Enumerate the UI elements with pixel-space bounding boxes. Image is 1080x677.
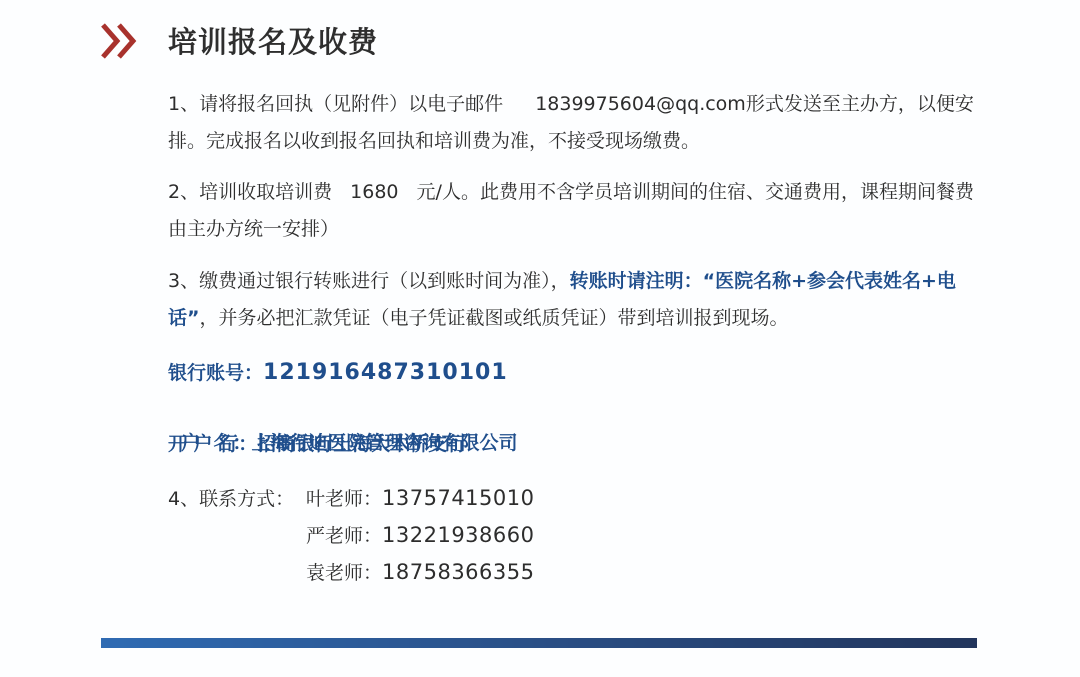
footer-divider-bar	[101, 638, 977, 648]
item-fee: 2、培训收取培训费 1680 元/人。此费用不含学员培训期间的住宿、交通费用，课…	[168, 174, 978, 248]
section-title: 培训报名及收费	[168, 22, 378, 62]
contact-row: 4、联系方式：叶老师：13757415010	[168, 480, 535, 517]
bank-account-row: 银行账号：121916487310101	[168, 355, 508, 391]
bank-branch-row: 开 户 行：招商银行上海大木桥支行	[168, 427, 466, 462]
bank-branch-label: 开 户 行：	[168, 433, 257, 455]
payment-text-a: 3、缴费通过银行转账进行（以到账时间为准），	[168, 270, 570, 292]
bank-account-number: 121916487310101	[263, 360, 508, 385]
bank-account-label: 银行账号：	[168, 362, 263, 384]
contact-name: 严老师：	[306, 525, 382, 547]
contact-phone[interactable]: 18758366355	[382, 560, 534, 584]
double-chevron-right-icon	[100, 22, 140, 60]
item-registration: 1、请将报名回执（见附件）以电子邮件 1839975604@qq.com形式发送…	[168, 86, 978, 160]
contact-row: 严老师：13221938660	[168, 517, 535, 554]
item-payment: 3、缴费通过银行转账进行（以到账时间为准），转账时请注明：“医院名称+参会代表姓…	[168, 263, 978, 337]
registration-email[interactable]: 1839975604@qq.com	[535, 93, 746, 115]
contact-row: 袁老师：18758366355	[168, 554, 535, 591]
payment-text-b: ，并务必把汇款凭证（电子凭证截图或纸质凭证）带到培训报到现场。	[200, 307, 789, 329]
fee-text-a: 2、培训收取培训费	[168, 181, 332, 203]
bank-branch-value: 招商银行上海大木桥支行	[257, 433, 466, 455]
contact-name: 袁老师：	[306, 562, 382, 584]
contact-phone[interactable]: 13757415010	[382, 486, 534, 510]
contact-label: 4、联系方式：	[168, 481, 306, 517]
registration-text-a: 1、请将报名回执（见附件）以电子邮件	[168, 93, 503, 115]
contact-phone[interactable]: 13221938660	[382, 523, 534, 547]
contact-name: 叶老师：	[306, 488, 382, 510]
contact-section: 4、联系方式：叶老师：13757415010 严老师：13221938660 袁…	[168, 480, 535, 591]
fee-amount: 1680	[350, 181, 398, 203]
